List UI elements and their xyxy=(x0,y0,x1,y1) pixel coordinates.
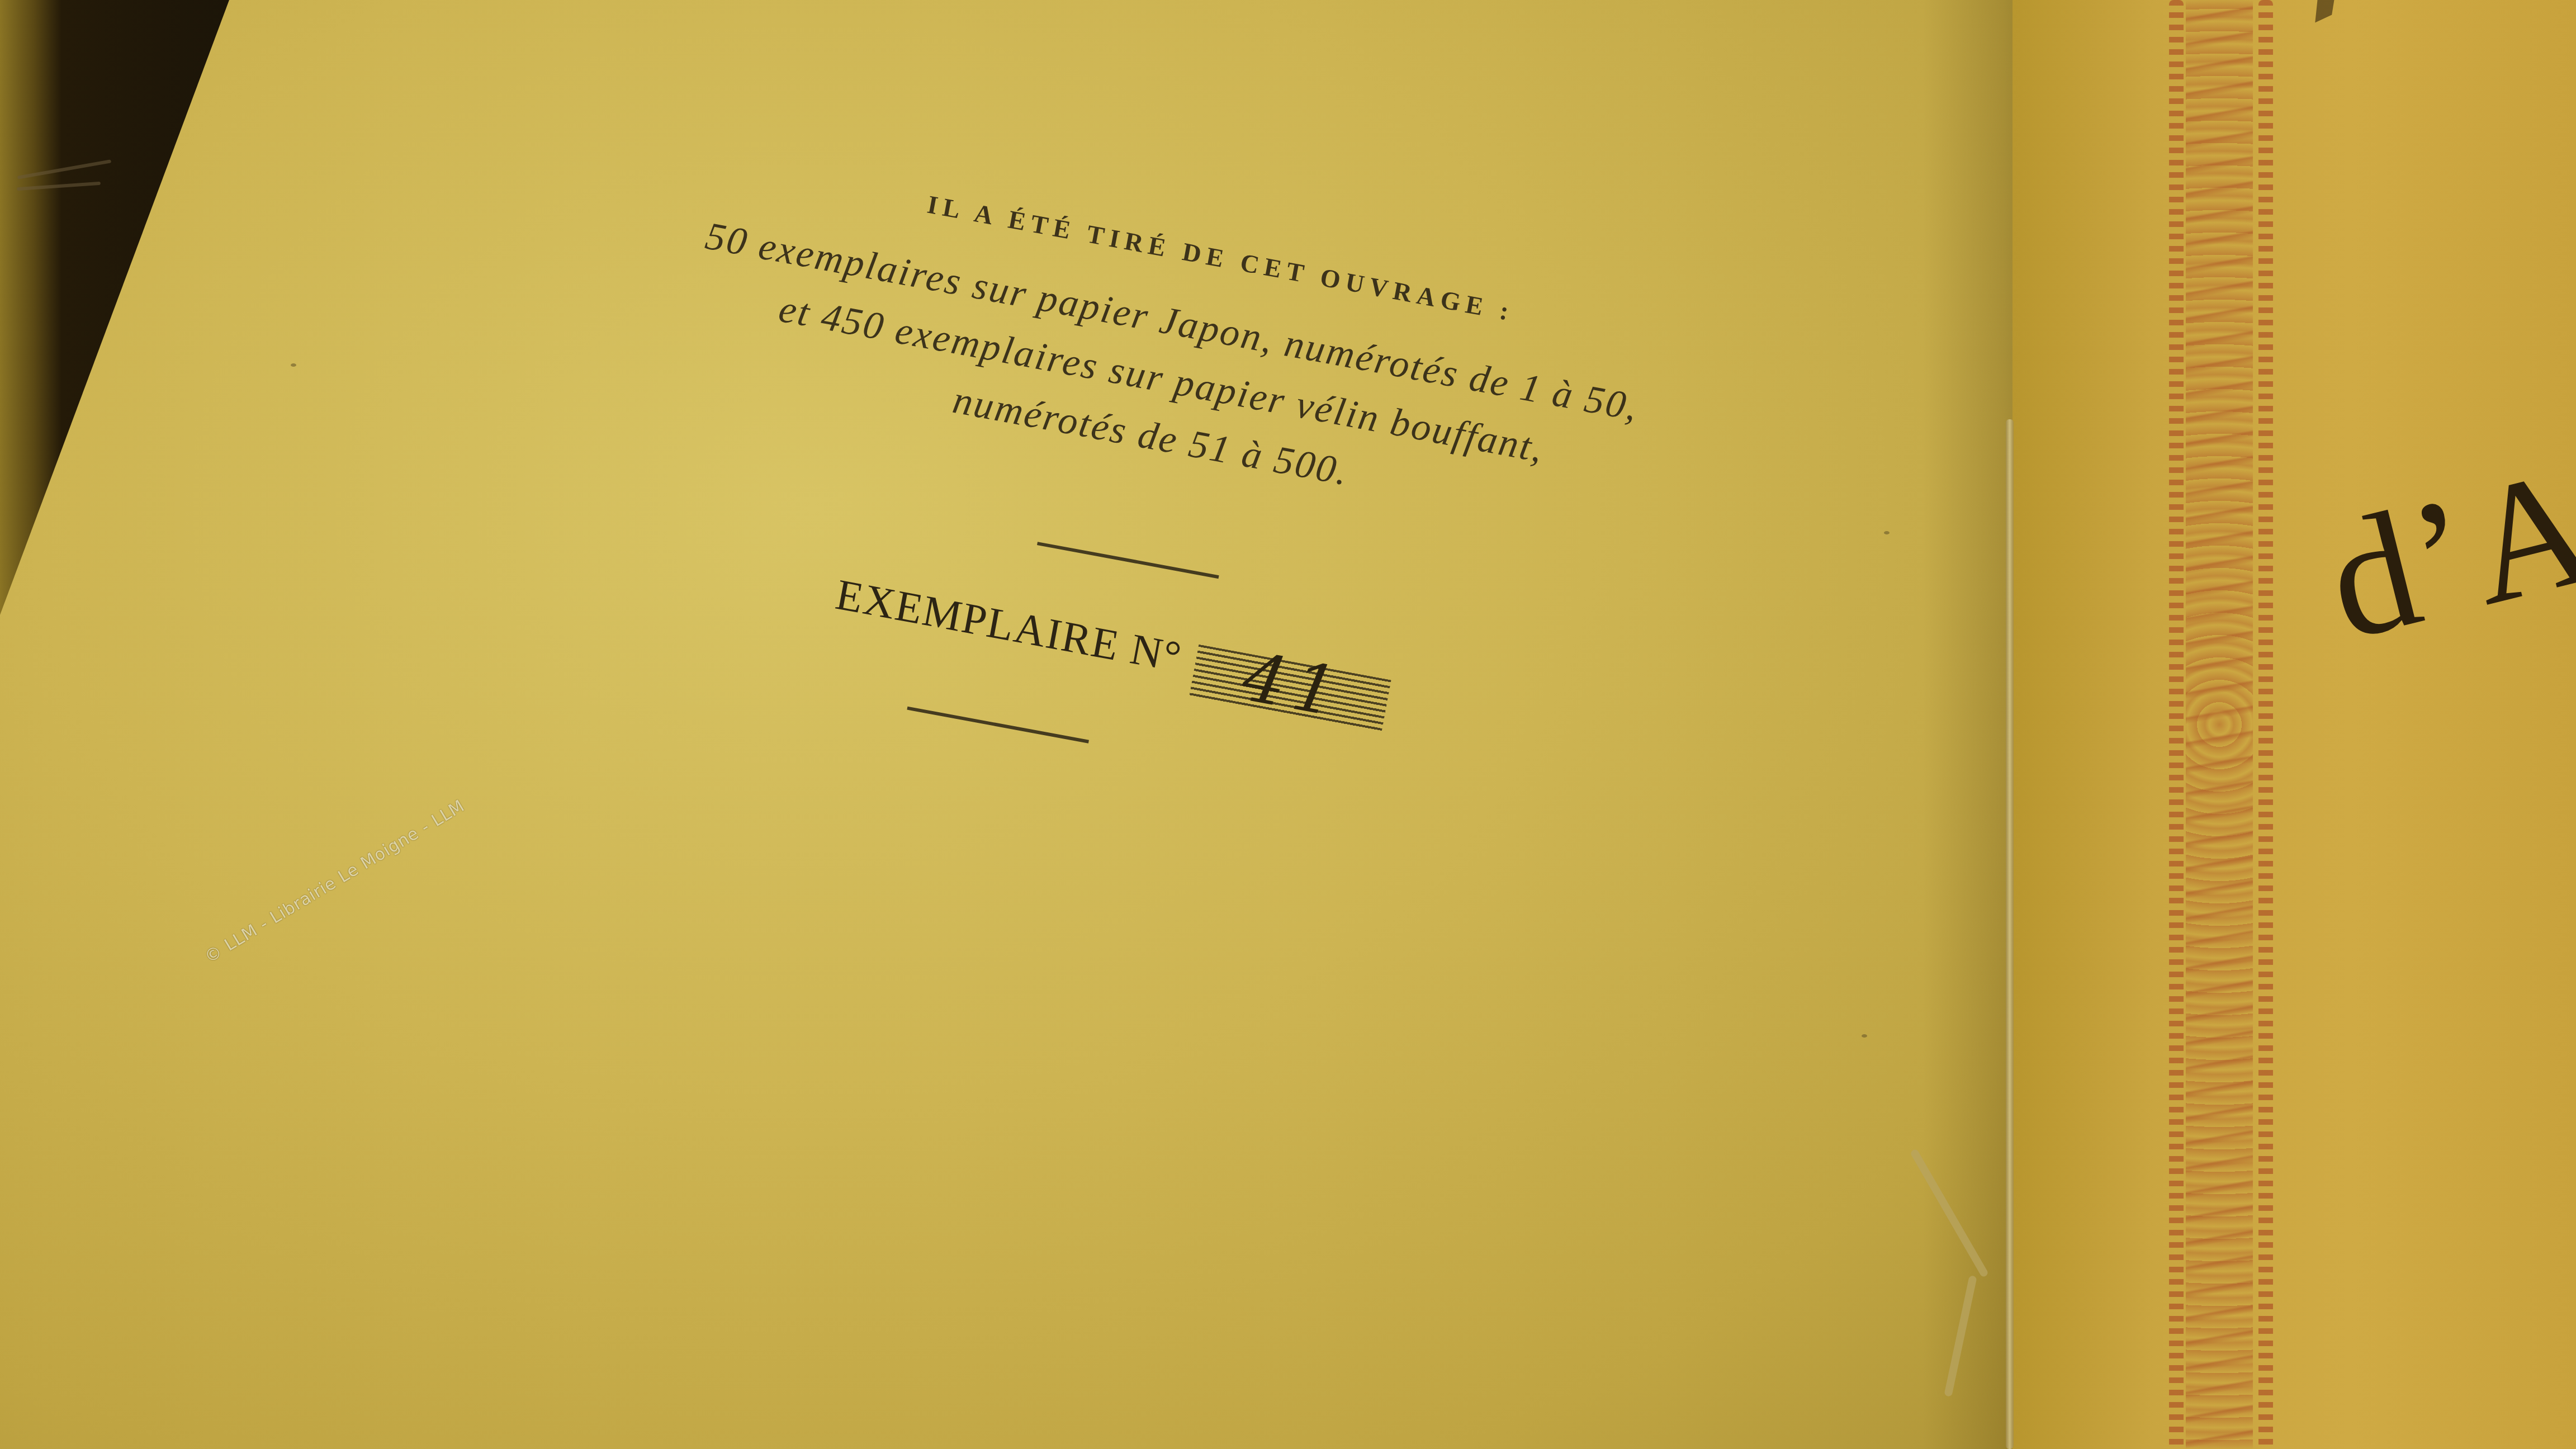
ornament-chain-left xyxy=(2169,0,2184,1449)
background-stripe xyxy=(17,159,111,179)
ornamental-floral-border xyxy=(2186,0,2253,1449)
paper-speck xyxy=(1862,1034,1867,1038)
book-photo-scene: IL A ÉTÉ TIRÉ DE CET OUVRAGE : 50 exempl… xyxy=(0,0,2576,1449)
ornament-chain-right xyxy=(2258,0,2273,1449)
copy-number-label: EXEMPLAIRE N° xyxy=(832,569,1186,683)
binding-thread xyxy=(2006,419,2014,1449)
paper-speck xyxy=(1884,531,1890,534)
background-stripe xyxy=(17,182,101,191)
copy-number-handwritten: 41 xyxy=(1237,638,1350,733)
paper-speck xyxy=(291,363,296,367)
right-page xyxy=(2012,0,2576,1449)
divider-rule-top xyxy=(1037,542,1219,579)
copy-number-field: 41 xyxy=(1188,645,1391,733)
